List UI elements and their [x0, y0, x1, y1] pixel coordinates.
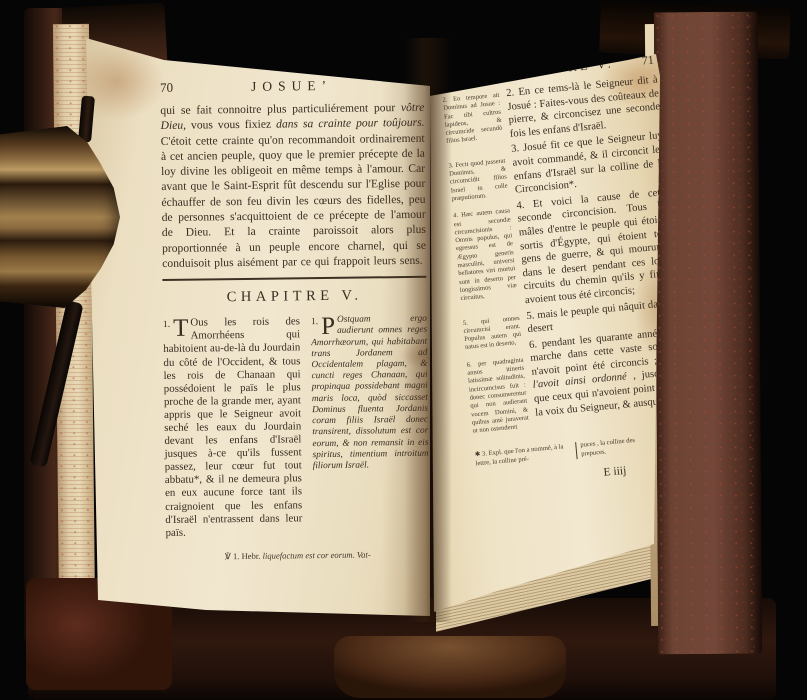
- footnote-text: liquefactum est cor eorum. Vat-: [263, 549, 371, 560]
- photo-of-antique-book: 70 JOSUE’ qui se fait connoitre plus par…: [0, 0, 807, 700]
- left-page-text-block: 70 JOSUE’ qui se fait connoitre plus par…: [160, 77, 430, 563]
- margin-note: 4. Hæc autem causa est secundæ circumcis…: [453, 208, 518, 304]
- right-page: CHAPITRE V. 71 2. Eo tempore ait Dominus…: [428, 46, 662, 624]
- right-footnote-right: puces , la colline des prepuces.: [575, 435, 662, 460]
- intro-seg-3: , vous vous fixiez: [183, 118, 276, 132]
- margin-note: 5. qui omnes circumcisi erant. Populus a…: [463, 314, 523, 352]
- verse-paragraph: 4. Et voici la cause de cette seconde ci…: [516, 186, 677, 308]
- intro-seg-1: qui se fait connoitre plus particuliérem…: [160, 101, 401, 117]
- margin-note: 6. per quadraginta annos itineris latiss…: [466, 356, 530, 436]
- leather-tail-band: [334, 636, 566, 698]
- french-column: 1.TOus les rois des Amorrhéens qui habit…: [163, 316, 303, 540]
- running-title: JOSUE’: [173, 77, 424, 96]
- margin-note: 3. Fecit quod jusserat Dominus, & circum…: [448, 157, 509, 203]
- right-page-text-block: CHAPITRE V. 71 2. Eo tempore ait Dominus…: [440, 52, 693, 490]
- intro-seg-5: C'étoit cette crainte qu'on recommandoit…: [161, 131, 426, 270]
- footnote-ref: ℣ 1. Hebr.: [225, 551, 263, 561]
- left-footnote: ℣ 1. Hebr. liquefactum est cor eorum. Va…: [166, 549, 430, 563]
- left-page-number: 70: [160, 80, 173, 96]
- french-verse-text: Ous les rois des Amorrhéens qui habitoie…: [163, 316, 302, 539]
- left-page: 70 JOSUE’ qui se fait connoitre plus par…: [86, 28, 430, 624]
- intro-paragraph: qui se fait connoitre plus particuliérem…: [160, 100, 426, 271]
- gutter-shadow: [404, 38, 452, 622]
- sprinkled-fore-edge: [654, 12, 762, 655]
- section-rule: [162, 276, 426, 281]
- verse-number: 1.: [311, 317, 318, 328]
- right-footnote-left: ✱ 3. Expl. que l'on a nommé, à la lettre…: [475, 443, 572, 468]
- drop-cap-T: T: [173, 318, 189, 339]
- left-running-head: 70 JOSUE’: [160, 77, 424, 96]
- drop-cap-P: P: [321, 316, 335, 337]
- right-page-columns: 2. Eo tempore ait Dominus ad Josue : Fac…: [442, 73, 689, 445]
- chapter-heading: CHAPITRE V.: [163, 287, 427, 307]
- verse-number: 1.: [163, 319, 170, 332]
- left-page-columns: 1.TOus les rois des Amorrhéens qui habit…: [163, 314, 430, 540]
- intro-seg-4-italic: dans sa crainte pour toûjours.: [276, 116, 425, 131]
